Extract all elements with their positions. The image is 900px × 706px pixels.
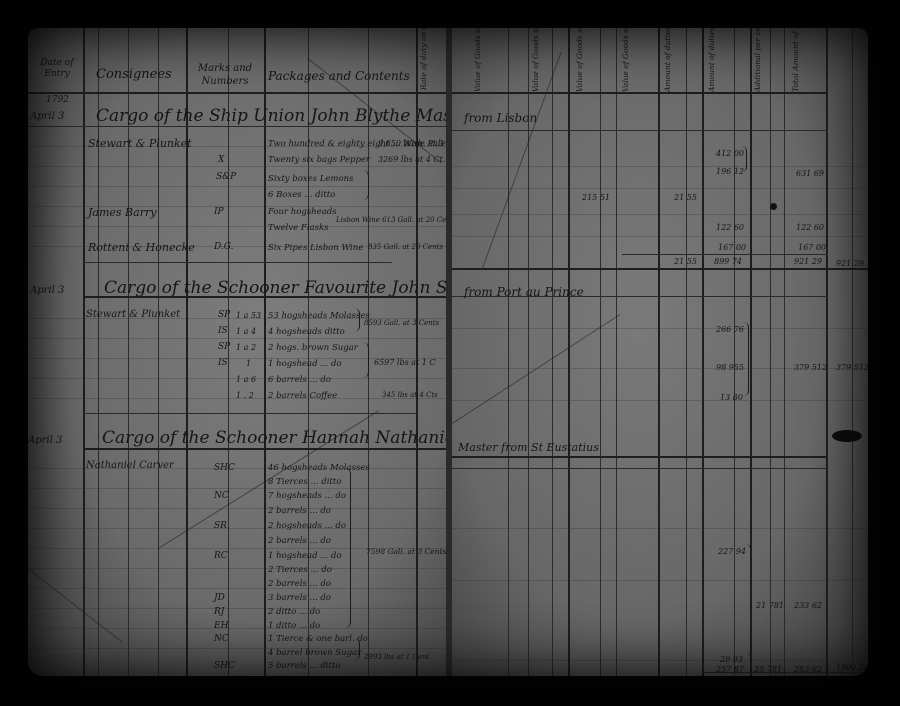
header-date-of-entry: Date of Entry — [34, 58, 80, 80]
quantity-line: 3269 lbs at 4 Ct. — [378, 156, 445, 164]
brace — [354, 308, 360, 332]
consignee-name: Rotteni & Honecke — [88, 242, 195, 253]
package-line: 2 barrels ... do — [268, 537, 331, 546]
package-line: Four hogsheads — [268, 208, 337, 217]
ledger-left-page: Date of Entry Consignees Marks and Numbe… — [28, 28, 452, 676]
cargo-2-date: April 3 — [30, 286, 64, 296]
package-line: 7 hogsheads ... do — [268, 492, 346, 501]
package-line: 1 ditto ... do — [268, 622, 320, 631]
mark-line: EH — [214, 622, 228, 631]
total-amount: 631 69 — [796, 170, 824, 178]
mark-line: SR — [214, 522, 227, 531]
brace — [362, 342, 369, 378]
package-line: Six Pipes Lisbon Wine — [268, 244, 363, 253]
consignee-name: Stewart & Plunket — [86, 310, 180, 320]
ad-valorem-total: 21 55 — [674, 258, 697, 266]
package-line: 3 barrels ... do — [268, 594, 331, 603]
carried-total: 379 512 — [836, 364, 868, 372]
row-rule — [83, 448, 452, 450]
carried-total: 1500 20 — [836, 664, 868, 672]
numbers-line: 1 a 4 — [236, 328, 256, 336]
cargo-3-origin: Master from St Eustatius — [458, 442, 599, 453]
package-line: Twenty six bags Pepper — [268, 156, 370, 165]
quantity-line: 835 Gall. at 20 Cents — [368, 244, 443, 251]
cargo-3-date: April 3 — [28, 436, 62, 446]
header-marks-and-numbers: Marks and Numbers — [190, 62, 260, 88]
cargo-3-title: Cargo of the Schooner Hannah Nathaniel C… — [102, 430, 452, 447]
package-line: Twelve Flasks — [268, 224, 328, 233]
total-amount: 233 62 — [794, 602, 822, 610]
header-value-12-5-percent: Value of Goods subject to 12½ per cent — [622, 34, 630, 92]
total-amount: 379 512 — [794, 364, 827, 372]
enumerated-amount: 167 00 — [718, 244, 746, 252]
mark-line: IS — [218, 359, 228, 368]
header-value-5-percent: Value of Goods subject to 5 per cent — [474, 34, 482, 92]
duties-total: 921 29 — [794, 258, 822, 266]
mark-line: NC — [214, 635, 229, 644]
consignee-name: Stewart & Plunket — [88, 138, 192, 149]
enumerated-total: 257 87 — [716, 666, 744, 674]
cargo-1-title: Cargo of the Ship Union John Blythe Mast… — [96, 108, 452, 125]
package-line: 2 barrels ... do — [268, 507, 331, 516]
package-line: 46 hogsheads Molasses — [268, 464, 370, 473]
quantity-line: 7598 Gall. at 3 Cents — [366, 548, 446, 556]
mark-line: D.G. — [214, 243, 234, 252]
quantity-line: 2993 lbs at 1 Cent — [364, 654, 429, 661]
mark-line: SHC — [214, 464, 235, 473]
mark-line: RJ — [214, 608, 224, 617]
package-line: 1 Tierce & one barl. do — [268, 635, 368, 644]
package-line: 1 hogshead ... do — [268, 552, 342, 561]
enumerated-amount: 29 93 — [720, 656, 743, 664]
enumerated-amount: 266 76 — [716, 326, 744, 334]
header-rate-of-duty: Rate of duty on each article — [420, 32, 428, 90]
enumerated-amount: 122 60 — [716, 224, 744, 232]
enumerated-total: 899 74 — [714, 258, 742, 266]
header-value-7-5-percent: Value of Goods subject to 7½ per cent — [532, 34, 540, 92]
total-amount: 167 00 — [798, 244, 826, 252]
mark-line: JD — [214, 594, 225, 603]
quantity-line: 6597 lbs at 1 C — [374, 359, 436, 367]
package-line: 4 barrel brown Sugar — [268, 649, 361, 658]
row-rule — [28, 126, 452, 127]
package-line: Sixty boxes Lemons — [268, 175, 353, 184]
numbers-line: 1 a 2 — [236, 344, 256, 352]
enumerated-amount: 98 955 — [716, 364, 744, 372]
package-line: 6 barrels ... do — [268, 376, 331, 385]
package-line: 2 barrels Coffee — [268, 392, 337, 401]
brace — [362, 170, 369, 200]
package-line: 8 Tierces ... ditto — [268, 478, 341, 487]
numbers-line: 1 a 6 — [236, 376, 256, 384]
quantity-line: 8593 Gall. at 3 Cents — [364, 320, 439, 327]
package-line: 4 hogsheads ditto — [268, 328, 345, 337]
package-line: 2 Tierces ... do — [268, 566, 332, 575]
ad-valorem-amount: 21 55 — [674, 194, 697, 202]
header-consignees: Consignees — [96, 68, 172, 81]
mark-line: IP — [214, 208, 224, 217]
enumerated-amount: 13 80 — [720, 394, 743, 402]
numbers-line: 1 — [246, 360, 251, 368]
duties-total: 283 62 — [794, 666, 822, 674]
quantity-line: Lisbon Wine 613 Gall. at 20 Cents — [336, 217, 452, 224]
year-label: 1792 — [46, 96, 69, 105]
row-rule — [83, 413, 416, 414]
header-rule — [28, 92, 452, 94]
mark-line: IS — [218, 327, 228, 336]
cargo-2-title: Cargo of the Schooner Favourite John Sny… — [104, 280, 452, 297]
numbers-line: 1 . 2 — [236, 392, 254, 400]
header-packages-and-contents: Packages and Contents — [268, 70, 410, 82]
mark-line: SP — [218, 311, 230, 320]
mark-line: SHC — [214, 662, 235, 671]
enumerated-amount: 412 00 — [716, 150, 744, 158]
header-duties-enumerated: Amount of duties on enumerated Articles — [708, 34, 716, 92]
cargo-2-origin: from Port au Prince — [464, 286, 584, 298]
cargo-1-origin: from Lisbon — [464, 112, 537, 124]
additional-total: 25 781 — [754, 666, 782, 674]
header-duties-ad-valorem: Amount of duties ad Valorem — [664, 34, 672, 92]
mark-line: RC — [214, 552, 228, 561]
enumerated-amount: 227 94 — [718, 548, 746, 556]
ten-percent-value: 215 51 — [582, 194, 610, 202]
additional-amount: 21 781 — [756, 602, 784, 610]
mark-line: S&P — [216, 173, 236, 182]
header-value-10-percent: Value of Goods subject to 10 per cent — [576, 34, 584, 92]
numbers-line: 1 a 53 — [236, 312, 261, 320]
mark-line: SP — [218, 343, 230, 352]
quantity-line: 345 lbs at 4 Cts — [382, 392, 438, 399]
package-line: 1 hogshead ... do — [268, 360, 342, 369]
header-total-duties: Total Amount of Duties — [792, 34, 800, 92]
total-amount: 122 60 — [796, 224, 824, 232]
carried-total: 921 29 — [836, 260, 864, 268]
package-line: 2 ditto ... do — [268, 608, 320, 617]
consignee-name: James Barry — [88, 207, 156, 218]
cargo-1-date: April 3 — [30, 112, 64, 122]
package-line: 2 hogsheads ... do — [268, 522, 346, 531]
enumerated-amount: 196 12 — [716, 168, 744, 176]
consignee-name: Nathaniel Carver — [86, 461, 174, 471]
ledger-right-page: Value of Goods subject to 5 per cent Val… — [452, 28, 868, 676]
quantity-line: 3,650 bush. at 3 C. — [378, 140, 452, 148]
mark-line: NC — [214, 492, 229, 501]
mark-line: X — [218, 156, 224, 165]
row-rule — [83, 262, 392, 263]
package-line: 6 Boxes ... ditto — [268, 191, 335, 200]
ink-blot — [770, 203, 777, 210]
package-line: 2 barrels ... do — [268, 580, 331, 589]
package-line: 5 barrels ... ditto — [268, 662, 340, 671]
header-additional-foreign: Additional per cent on Goods in Foreign … — [754, 34, 762, 92]
package-line: 2 hogs. brown Sugar — [268, 344, 358, 353]
ink-blot — [832, 430, 862, 442]
